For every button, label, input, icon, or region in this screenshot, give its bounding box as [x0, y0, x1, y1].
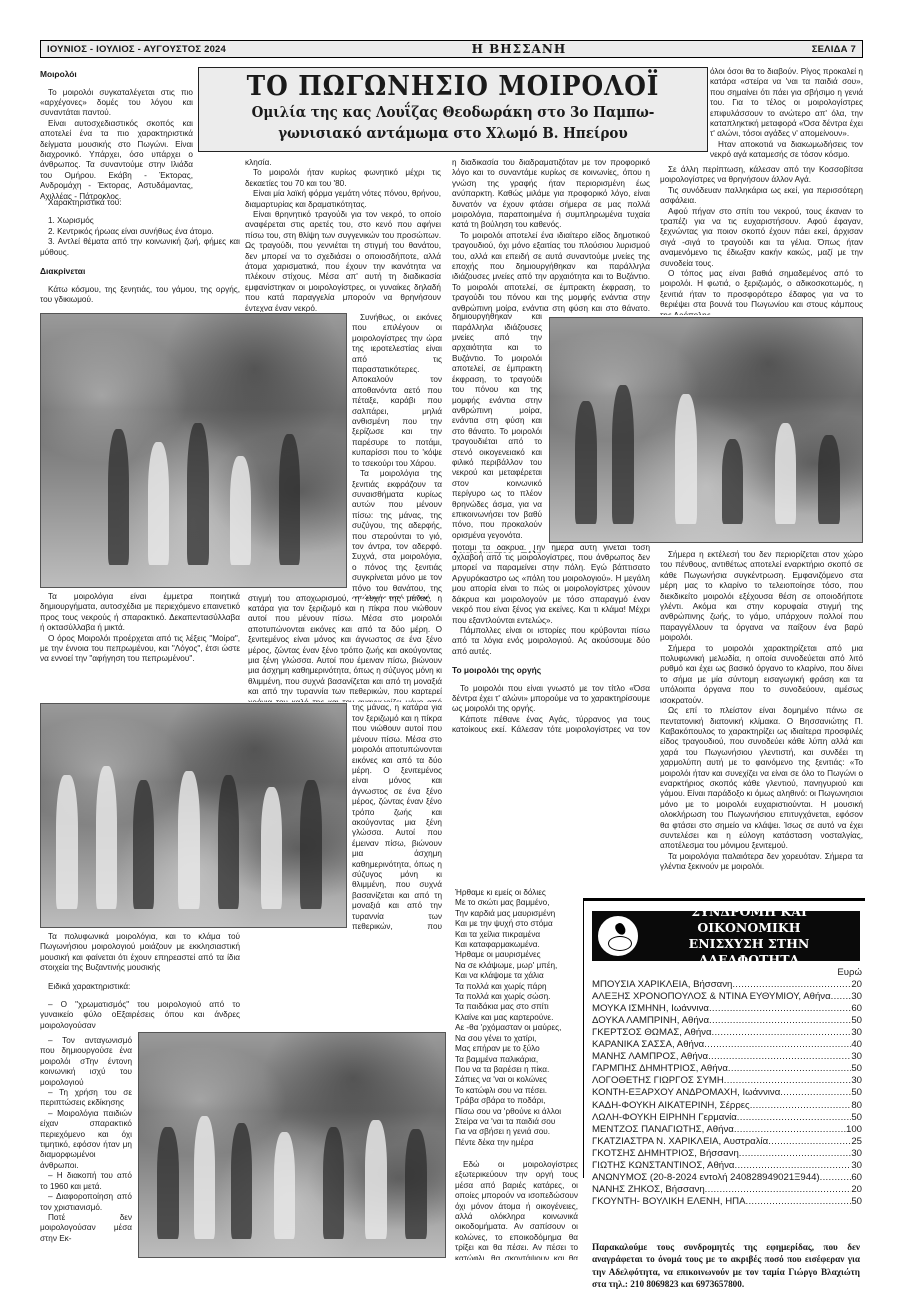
- photo-costumed-group: [138, 1032, 446, 1258]
- page-header: ΙΟΥΝΙΟΣ - ΙΟΥΛΙΟΣ - ΑΥΓΟΥΣΤΟΣ 2024 Η ΒΗΣ…: [40, 40, 863, 58]
- paragraph: Το μοιρολόι αποτελεί ένα ιδιαίτερο είδος…: [452, 231, 650, 313]
- paragraph: Ο όρος Μοιρολόι προέρχεται από τις λέξει…: [40, 634, 240, 665]
- poem-line: Την καρδιά μας μαυρισμένη: [455, 909, 580, 919]
- column-1-bottom: – Τον ανταγωνισμό που δημιουργούσε ένα μ…: [40, 1036, 132, 1258]
- special-item: – Μοιρολόγια παιδιών είχαν σπαρακτικό πε…: [40, 1109, 132, 1171]
- feature-item: 3. Αντλεί θέματα από την κοινωνική ζωή, …: [40, 237, 240, 258]
- paragraph: Πάμπολλες είναι οι ιστορίες που κρύβοντα…: [452, 626, 650, 657]
- paragraph: Τα μοιρολόγια της ξενιτιάς εκφράζουν τα …: [352, 469, 442, 599]
- page-number: ΣΕΛΙΔΑ 7: [812, 44, 856, 55]
- donations-list: Ευρώ ΜΠΟΥΣΙΑ ΧΑΡΙΚΛΕΙΑ, Βήσσανη20 ΑΛΕΞΗΣ…: [592, 967, 862, 1208]
- column-2-lower: Συνήθως, η ιδέα της ξενιτιάς, γεννιέται …: [248, 932, 442, 1032]
- donation-row: ΜΕΝΤΖΟΣ ΠΑΝΑΓΙΩΤΗΣ, Αθήνα100: [592, 1124, 862, 1136]
- paragraph: η διαδικασία του διαδραματιζόταν με τον …: [452, 158, 650, 231]
- poem-line: Τα πολλά και χωρίς σώση.: [455, 992, 580, 1002]
- article-subtitle-1: Ομιλία της κας Λουΐζας Θεοδωράκη στο 3ο …: [217, 102, 689, 123]
- feature-item: 1. Χωρισμός: [40, 216, 240, 226]
- poem-line: Να σε κλάψωμε, μωρ' μπέη,: [455, 961, 580, 971]
- donation-row: ΜΟΥΚΑ ΙΣΜΗΝΗ, Ιωάννινα60: [592, 1003, 862, 1015]
- poem-line: Και με την ψυχή στο στόμα: [455, 919, 580, 929]
- article-title: ΤΟ ΠΩΓΩΝΗΣΙΟ ΜΟΙΡΟΛΟΪ: [219, 71, 686, 102]
- special-item: – Τη χρήση του σε περιπτώσεις εκδίκησης: [40, 1088, 132, 1109]
- paragraph: Το μοιρολόι συγκαταλέγεται στις πιο «αρχ…: [40, 88, 193, 119]
- column-4-mid: Σε άλλη περίπτωση, κάλεσαν από την Κοσσο…: [660, 165, 863, 315]
- poem-line: Στείρα να 'ναι τα παιδιά σου: [455, 1117, 580, 1127]
- paragraph: Το μοιρολόι ήταν κυρίως φωνητικό μέχρι τ…: [245, 168, 441, 189]
- paragraph: Είναι μία λαϊκή φόρμα γεμάτη νότες πόνου…: [245, 189, 441, 210]
- donations-title-line-2: ΕΝΙΣΧΥΣΗ ΣΤΗΝ ΑΔΕΛΦΟΤΗΤΑ: [638, 936, 860, 968]
- donation-row: ΑΝΩΝΥΜΟΣ (20-8-2024 εντολή 240828949021Ξ…: [592, 1172, 862, 1184]
- poem-line: Που να τα βαρέσει η πίκα.: [455, 1065, 580, 1075]
- poem-line: Μας επήραν με το ξύλο: [455, 1044, 580, 1054]
- article-title-box: ΤΟ ΠΩΓΩΝΗΣΙΟ ΜΟΙΡΟΛΟΪ Ομιλία της κας Λου…: [198, 67, 708, 152]
- column-2-top: κλησία. Το μοιρολόι ήταν κυρίως φωνητικό…: [245, 158, 441, 312]
- paragraph: Συνήθως, η ιδέα της ξενιτιάς, γεννιέται …: [352, 703, 442, 931]
- feature-item: 2. Κεντρικός ήρωας είναι συνήθως ένα άτο…: [40, 227, 240, 237]
- paragraph: Σήμερα η εκτέλεσή του δεν περιορίζεται σ…: [660, 550, 863, 644]
- paragraph: Εδώ οι μοιρολογίστρες εξωτερικεύουν την …: [455, 1160, 578, 1260]
- poem-line: Τα πολλά και χωρίς πάρη: [455, 982, 580, 992]
- donation-row: ΔΟΥΚΑ ΛΑΜΠΡΙΝΗ, Αθήνα50: [592, 1015, 862, 1027]
- poem-line: Το κατώφλι σου να πέσει.: [455, 1086, 580, 1096]
- article-subtitle-2: γωνισιακό αντάμωμα στο Χλωμό Β. Ηπείρου: [217, 123, 689, 144]
- column-4-bottom: Σήμερα η εκτέλεσή του δεν περιορίζεται σ…: [660, 550, 863, 880]
- paragraph: Συνήθως, η ιδέα της ξενιτιάς, γεννιέται …: [248, 592, 442, 702]
- column-1-lower: Τα πολυφωνικά μοιρολόγια, και το κλάμα τ…: [40, 932, 240, 1032]
- poem-line: Σάπιες να 'ναι οι κολώνες: [455, 1075, 580, 1085]
- photo-folk-dancers: [40, 703, 347, 928]
- donations-title: ΣΥΝΔΡΟΜΗ ΚΑΙ ΟΙΚΟΝΟΜΙΚΗ ΕΝΙΣΧΥΣΗ ΣΤΗΝ ΑΔ…: [638, 904, 860, 968]
- paragraph: Ως επί το πλείστον είναι δομημένο πάνω σ…: [660, 706, 863, 852]
- subheading-orgi: Το μοιρολόι της οργής: [452, 665, 650, 676]
- paragraph: Συνήθως, οι εικόνες που επιλέγουν οι μοι…: [352, 313, 442, 469]
- piggy-bank-icon: [598, 916, 638, 956]
- donation-row: ΓΚΟΤΣΗΣ ΔΗΜΗΤΡΙΟΣ, Βήσσανη30: [592, 1148, 862, 1160]
- paragraph: Αφού πήγαν στο σπίτι του νεκρού, τους έκ…: [660, 207, 863, 269]
- poem-line: Πίσω σου να 'ρθούνε κι άλλοι: [455, 1107, 580, 1117]
- paragraph: Σε άλλη περίπτωση, κάλεσαν από την Κοσσο…: [660, 165, 863, 186]
- paragraph: Είναι θρηνητικό τραγούδι για τον νεκρό, …: [245, 210, 441, 312]
- donation-row: ΚΑΔΗ-ΦΟΥΚΗ ΑΙΚΑΤΕΡΙΝΗ, Σέρρες80: [592, 1100, 862, 1112]
- poem-line: Ήρθαμε οι μαυρισμένες: [455, 950, 580, 960]
- column-3-narrow: Το μοιρολόι αποτελεί ένα ιδιαίτερο είδος…: [452, 313, 542, 553]
- donation-row: ΓΚΕΡΤΣΟΣ ΘΩΜΑΣ, Αθήνα30: [592, 1027, 862, 1039]
- paragraph: Είναι αυτοσχεδιαστικός σκοπός και αποτελ…: [40, 119, 193, 202]
- subheading-diakrinetai: Διακρίνεται: [40, 266, 240, 277]
- photo-women-speech: [40, 313, 347, 588]
- paragraph: Τα πολυφωνικά μοιρολόγια, και το κλάμα τ…: [40, 932, 240, 974]
- donation-row: ΜΠΟΥΣΙΑ ΧΑΡΙΚΛΕΙΑ, Βήσσανη20: [592, 979, 862, 991]
- issue-date: ΙΟΥΝΙΟΣ - ΙΟΥΛΙΟΣ - ΑΥΓΟΥΣΤΟΣ 2024: [47, 44, 226, 55]
- poem-line: Τα παιδάκια μας στο σπίτι: [455, 1002, 580, 1012]
- poem-line: Αε -θα 'ρχόμασταν οι μαύρες,: [455, 1023, 580, 1033]
- paragraph: Κάποτε πέθανε ένας Αγάς, τύρρανος για το…: [452, 715, 650, 735]
- special-item: – Τον ανταγωνισμό που δημιουργούσε ένα μ…: [40, 1036, 132, 1088]
- poem-line: Κλαίνε και μας καρτερούνε.: [455, 1013, 580, 1023]
- column-1-mid: Τα μοιρολόγια είναι έμμετρα ποιητικά δημ…: [40, 592, 240, 692]
- poem: Ήρθαμε κι εμείς οι δόλιες Με το σκώτι μα…: [455, 888, 580, 1148]
- paragraph: Σήμερα το μοιρολόι χαρακτηρίζεται από μι…: [660, 644, 863, 706]
- donation-row: ΛΟΓΟΘΕΤΗΣ ΓΙΩΡΓΟΣ ΣΥΜΗ30: [592, 1075, 862, 1087]
- paragraph: Κάτω κόσμου, της ξενητιάς, του γάμου, τη…: [40, 285, 240, 306]
- column-1-features: Χαρακτηριστικά του: 1. Χωρισμός 2. Κεντρ…: [40, 198, 240, 310]
- column-3-bottom: Εδώ οι μοιρολογίστρες εξωτερικεύουν την …: [455, 1160, 578, 1260]
- newspaper-name: Η ΒΗΣΣΑΝΗ: [472, 42, 567, 56]
- donation-row: ΑΛΕΞΗΣ ΧΡΟΝΟΠΟΥΛΟΣ & ΝΤΙΝΑ ΕΥΘΥΜΙΟΥ, Αθή…: [592, 991, 862, 1003]
- donations-note: Παρακαλούμε τους συνδρομητές της εφημερί…: [592, 1241, 860, 1291]
- poem-line: Τα βαμμένα παλικάρια,: [455, 1055, 580, 1065]
- poem-line: Και τα χείλια πικραμένα: [455, 930, 580, 940]
- special-item: Ποτέ δεν μοιρολογούσαν μέσα στην Εκ-: [40, 1213, 132, 1244]
- special-label: Ειδικά χαρακτηριστικά:: [40, 982, 240, 992]
- paragraph: Τις συνόδευαν παλληκάρια ως εκεί, για πε…: [660, 186, 863, 207]
- column-2-wide: Συνήθως, η ιδέα της ξενιτιάς, γεννιέται …: [248, 592, 442, 702]
- photo-dancers-bunting: [549, 317, 863, 543]
- paragraph: Το μοιρολόι αποτελεί ένα ιδιαίτερο είδος…: [452, 313, 542, 541]
- poem-line: Και να κλάψομε τα χάλια: [455, 971, 580, 981]
- currency-label: Ευρώ: [592, 967, 862, 979]
- donation-row: ΜΑΝΗΣ ΛΑΜΠΡΟΣ, Αθήνα30: [592, 1051, 862, 1063]
- poem-line: Ήρθαμε κι εμείς οι δόλιες: [455, 888, 580, 898]
- donation-row: ΚΑΡΑΝΙΚΑ ΣΑΣΣΑ, Αθήνα40: [592, 1039, 862, 1051]
- poem-line: Για να σβήσει η γενιά σου.: [455, 1127, 580, 1137]
- column-4-top: όλοι όσοι θα το διαβούν. Ρίγος προκαλεί …: [710, 67, 863, 167]
- column-2-narrow: Συνήθως, οι εικόνες που επιλέγουν οι μοι…: [352, 313, 442, 599]
- special-item: – Διαφοροποίηση από τον χριστιανισμό.: [40, 1192, 132, 1213]
- paragraph: – Ο "χρωματισμός" του μοιρολογιού από το…: [40, 1000, 240, 1031]
- column-3-top: η διαδικασία του διαδραματιζόταν με τον …: [452, 158, 650, 313]
- poem-line: Πέντε δέκα την ημέρα: [455, 1138, 580, 1148]
- donation-row: ΓΚΟΥΝΤΗ- ΒΟΥΛΙΚΗ ΕΛΕΝΗ, ΗΠΑ50: [592, 1196, 862, 1208]
- donation-row: ΓΑΡΜΠΗΣ ΔΗΜΗΤΡΙΟΣ, Αθήνα50: [592, 1063, 862, 1075]
- poem-line: Και καταφαρμακωμένα.: [455, 940, 580, 950]
- features-label: Χαρακτηριστικά του:: [40, 198, 240, 208]
- donation-row: ΛΩΛΗ-ΦΟΥΚΗ ΕΙΡΗΝΗ Γερμανία50: [592, 1112, 862, 1124]
- paragraph: Τα μοιρολόγια παλαιότερα δεν χορευόταν. …: [660, 852, 863, 873]
- special-item: – Η διακοπή του από το 1960 και μετά.: [40, 1171, 132, 1192]
- paragraph: Ο τόπος μας είναι βαθιά σημαδεμένος από …: [660, 269, 863, 315]
- paragraph: Ηταν αποκοτιά να διακωμωδήσεις τον νεκρό…: [710, 140, 863, 161]
- donations-title-line-1: ΣΥΝΔΡΟΜΗ ΚΑΙ ΟΙΚΟΝΟΜΙΚΗ: [638, 904, 860, 936]
- paragraph: Ο Τούρκος περιηγητής Εβλιγιά Τσελεμπή, κ…: [452, 545, 650, 626]
- donations-header: ΣΥΝΔΡΟΜΗ ΚΑΙ ΟΙΚΟΝΟΜΙΚΗ ΕΝΙΣΧΥΣΗ ΣΤΗΝ ΑΔ…: [592, 911, 860, 961]
- paragraph: Τα μοιρολόγια είναι έμμετρα ποιητικά δημ…: [40, 592, 240, 634]
- poem-line: Να σου γένει το χατίρι,: [455, 1034, 580, 1044]
- donation-row: ΚΟΝΤΗ-ΕΞΑΡΧΟΥ ΑΝΔΡΟΜΑΧΗ, Ιωάννινα50: [592, 1087, 862, 1099]
- poem-line: Τράβα σβάρα το ποδάρι,: [455, 1096, 580, 1106]
- donations-box: ΣΥΝΔΡΟΜΗ ΚΑΙ ΟΙΚΟΝΟΜΙΚΗ ΕΝΙΣΧΥΣΗ ΣΤΗΝ ΑΔ…: [583, 898, 865, 1178]
- column-3-mid: Ο Τούρκος περιηγητής Εβλιγιά Τσελεμπή, κ…: [452, 545, 650, 735]
- paragraph: κλησία.: [245, 158, 441, 168]
- poem-line: Με το σκώτι μας βαμμένο,: [455, 898, 580, 908]
- column-2-narrow-lower: Συνήθως, η ιδέα της ξενιτιάς, γεννιέται …: [352, 703, 442, 931]
- subheading-moirologi: Μοιρολόι: [40, 69, 193, 80]
- donation-row: ΝΑΝΗΣ ΖΗΚΟΣ, Βήσσανη20: [592, 1184, 862, 1196]
- paragraph: Το μοιρολόι που είναι γνωστό με τον τίτλ…: [452, 684, 650, 715]
- donation-row: ΓΚΑΤΖΙΑΣΤΡΑ Ν. ΧΑΡΙΚΛΕΙΑ, Αυστραλία25: [592, 1136, 862, 1148]
- paragraph: όλοι όσοι θα το διαβούν. Ρίγος προκαλεί …: [710, 67, 863, 140]
- donation-row: ΓΙΩΤΗΣ ΚΩΝΣΤΑΝΤΙΝΟΣ, Αθήνα30: [592, 1160, 862, 1172]
